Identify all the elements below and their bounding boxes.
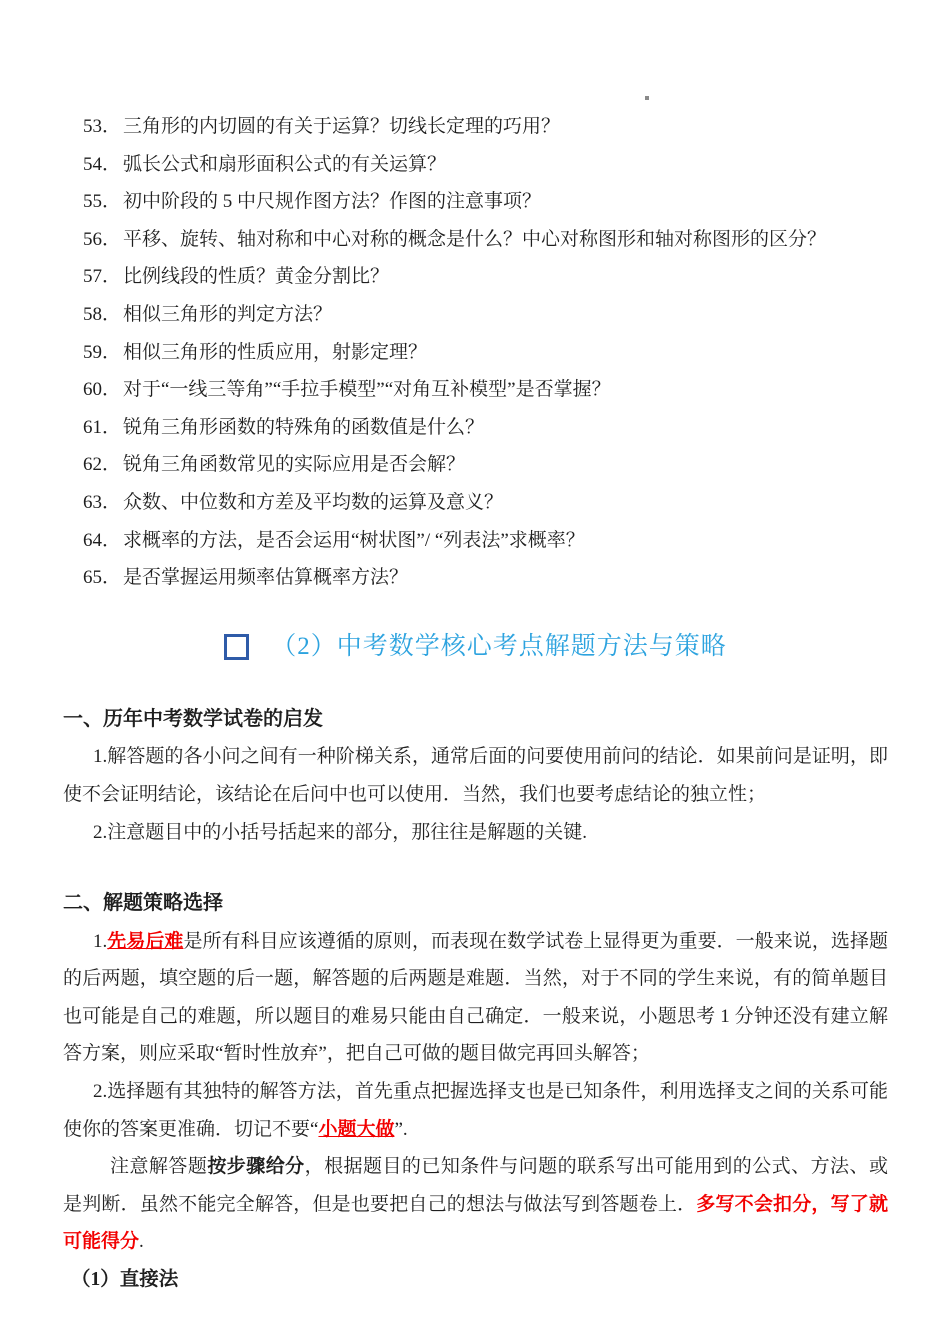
question-number: 64． <box>83 522 123 560</box>
document-page: 53．三角形的内切圆的有关于运算？切线长定理的巧用？ 54．弧长公式和扇形面积公… <box>0 0 950 1299</box>
question-text: 比例线段的性质？黄金分割比？ <box>123 266 389 287</box>
list-item: 53．三角形的内切圆的有关于运算？切线长定理的巧用？ <box>83 108 888 146</box>
question-text: 三角形的内切圆的有关于运算？切线长定理的巧用？ <box>123 116 560 137</box>
text-run: 注意解答题 <box>110 1156 207 1177</box>
question-number: 55． <box>83 183 123 221</box>
question-text: 锐角三角形函数的特殊角的函数值是什么？ <box>123 417 484 438</box>
list-item: 63．众数、中位数和方差及平均数的运算及意义？ <box>83 484 888 522</box>
paragraph: 1.解答题的各小问之间有一种阶梯关系，通常后面的问要使用前问的结论．如果前问是证… <box>63 738 888 813</box>
list-item: 54．弧长公式和扇形面积公式的有关运算？ <box>83 146 888 184</box>
heading-box-icon <box>224 634 249 660</box>
question-text: 平移、旋转、轴对称和中心对称的概念是什么？中心对称图形和轴对称图形的区分？ <box>123 229 826 250</box>
question-number: 53． <box>83 108 123 146</box>
chapter-heading: （2）中考数学核心考点解题方法与策略 <box>63 627 888 667</box>
list-item: 62．锐角三角函数常见的实际应用是否会解？ <box>83 446 888 484</box>
question-number: 56． <box>83 221 123 259</box>
question-number: 65． <box>83 559 123 597</box>
emphasis-bold: 按步骤给分 <box>207 1156 304 1177</box>
paragraph: 2.注意题目中的小括号括起来的部分，那往往是解题的关键. <box>63 814 888 852</box>
paragraph: 注意解答题按步骤给分，根据题目的已知条件与问题的联系写出可能用到的公式、方法、或… <box>63 1148 888 1261</box>
sub-heading-direct-method: （1）直接法 <box>63 1261 888 1299</box>
question-text: 弧长公式和扇形面积公式的有关运算？ <box>123 154 446 175</box>
question-number: 61． <box>83 409 123 447</box>
list-item: 60．对于“一线三等角”“手拉手模型”“对角互补模型”是否掌握？ <box>83 371 888 409</box>
list-item: 56．平移、旋转、轴对称和中心对称的概念是什么？中心对称图形和轴对称图形的区分？ <box>83 221 888 259</box>
section-title-2: 二、解题策略选择 <box>63 885 888 923</box>
question-text: 相似三角形的判定方法？ <box>123 304 332 325</box>
paragraph: 2.选择题有其独特的解答方法，首先重点把握选择支也是已知条件，利用选择支之间的关… <box>63 1073 888 1148</box>
question-number: 63． <box>83 484 123 522</box>
question-number: 54． <box>83 146 123 184</box>
question-text: 对于“一线三等角”“手拉手模型”“对角互补模型”是否掌握？ <box>123 379 611 400</box>
emphasis-red-underline: 小题大做 <box>318 1119 394 1140</box>
question-number: 60． <box>83 371 123 409</box>
list-item: 59．相似三角形的性质应用，射影定理？ <box>83 334 888 372</box>
question-text: 初中阶段的 5 中尺规作图方法？作图的注意事项？ <box>123 191 541 212</box>
text-run: . <box>139 1231 144 1252</box>
section-title-1: 一、历年中考数学试卷的启发 <box>63 701 888 739</box>
question-text: 相似三角形的性质应用，射影定理？ <box>123 342 427 363</box>
question-text: 众数、中位数和方差及平均数的运算及意义？ <box>123 492 503 513</box>
question-number: 57． <box>83 258 123 296</box>
list-item: 64．求概率的方法，是否会运用“树状图”/ “列表法”求概率？ <box>83 522 888 560</box>
list-item: 65．是否掌握运用频率估算概率方法？ <box>83 559 888 597</box>
list-item: 57．比例线段的性质？黄金分割比？ <box>83 258 888 296</box>
question-text: 是否掌握运用频率估算概率方法？ <box>123 567 408 588</box>
question-number: 59． <box>83 334 123 372</box>
question-number: 62． <box>83 446 123 484</box>
list-item: 61．锐角三角形函数的特殊角的函数值是什么？ <box>83 409 888 447</box>
question-number: 58． <box>83 296 123 334</box>
question-list: 53．三角形的内切圆的有关于运算？切线长定理的巧用？ 54．弧长公式和扇形面积公… <box>63 108 888 597</box>
chapter-heading-text: （2）中考数学核心考点解题方法与策略 <box>271 627 727 667</box>
text-run: ”. <box>394 1119 407 1140</box>
list-item: 55．初中阶段的 5 中尺规作图方法？作图的注意事项？ <box>83 183 888 221</box>
text-run: 是所有科目应该遵循的原则，而表现在数学试卷上显得更为重要．一般来说，选择题的后两… <box>63 931 888 1065</box>
question-text: 锐角三角函数常见的实际应用是否会解？ <box>123 454 465 475</box>
text-run: 1. <box>93 931 107 952</box>
paragraph: 1.先易后难是所有科目应该遵循的原则，而表现在数学试卷上显得更为重要．一般来说，… <box>63 923 888 1073</box>
list-item: 58．相似三角形的判定方法？ <box>83 296 888 334</box>
text-run: 2.选择题有其独特的解答方法，首先重点把握选择支也是已知条件，利用选择支之间的关… <box>63 1081 888 1140</box>
question-text: 求概率的方法，是否会运用“树状图”/ “列表法”求概率？ <box>123 530 585 551</box>
emphasis-red-underline: 先易后难 <box>107 931 183 952</box>
stray-mark-dot <box>645 96 649 100</box>
